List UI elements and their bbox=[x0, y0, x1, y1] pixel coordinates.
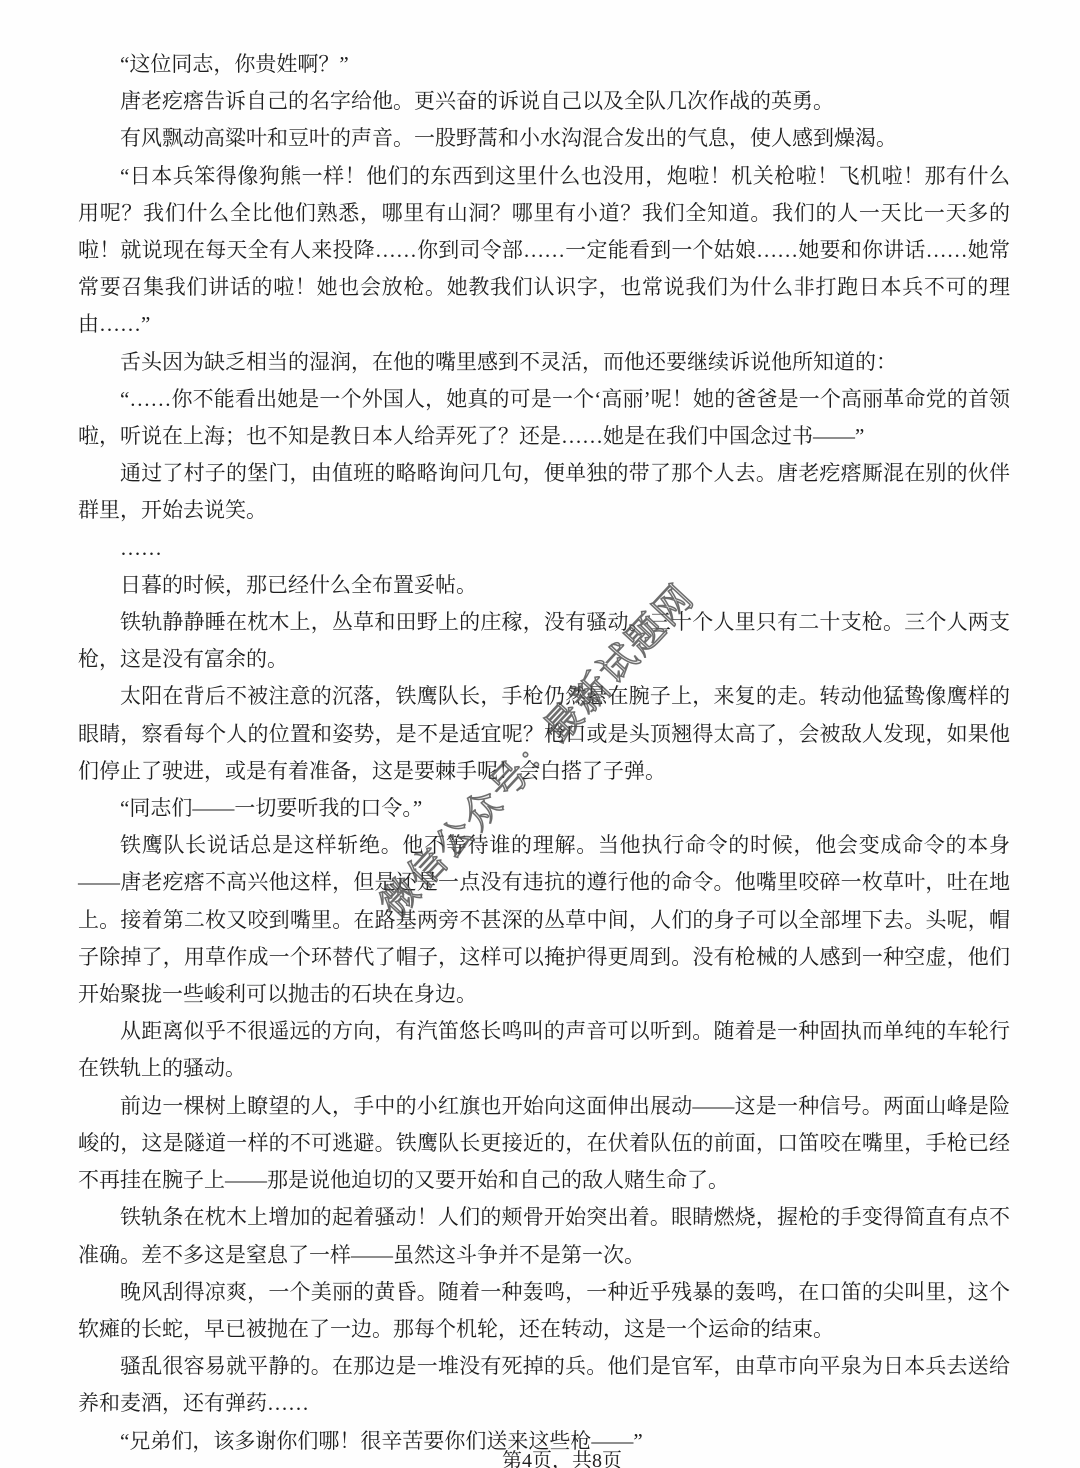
paragraph-16: 铁轨条在枕木上增加的起着骚动！人们的颊骨开始突出着。眼睛燃烧，握枪的手变得简直有… bbox=[78, 1199, 1010, 1273]
page-number-footer: 第4页，共8页 bbox=[502, 1449, 622, 1468]
paragraph-13: 铁鹰队长说话总是这样斩绝。他不等待谁的理解。当他执行命令的时候，他会变成命令的本… bbox=[78, 827, 1010, 1013]
paragraph-5: 舌头因为缺乏相当的湿润，在他的嘴里感到不灵活，而他还要继续诉说他所知道的： bbox=[78, 344, 1010, 381]
paragraph-11: 太阳在背后不被注意的沉落，铁鹰队长，手枪仍然悬在腕子上，来复的走。转动他猛鸷像鹰… bbox=[78, 678, 1010, 790]
paragraph-9: 日暮的时候，那已经什么全布置妥帖。 bbox=[78, 567, 1010, 604]
document-page: “这位同志，你贵姓啊？” 唐老疙瘩告诉自己的名字给他。更兴奋的诉说自己以及全队几… bbox=[0, 0, 1080, 1468]
paragraph-12: “同志们——一切要听我的口令。” bbox=[78, 790, 1010, 827]
paragraph-4: “日本兵笨得像狗熊一样！他们的东西到这里什么也没用，炮啦！机关枪啦！飞机啦！那有… bbox=[78, 158, 1010, 344]
paragraph-10: 铁轨静静睡在枕木上，丛草和田野上的庄稼，没有骚动。三十个人里只有二十支枪。三个人… bbox=[78, 604, 1010, 678]
passage-body: “这位同志，你贵姓啊？” 唐老疙瘩告诉自己的名字给他。更兴奋的诉说自己以及全队几… bbox=[78, 46, 1010, 1460]
paragraph-2: 唐老疙瘩告诉自己的名字给他。更兴奋的诉说自己以及全队几次作战的英勇。 bbox=[78, 83, 1010, 120]
paragraph-14: 从距离似乎不很遥远的方向，有汽笛悠长鸣叫的声音可以听到。随着是一种固执而单纯的车… bbox=[78, 1013, 1010, 1087]
paragraph-3: 有风飘动高粱叶和豆叶的声音。一股野蒿和小水沟混合发出的气息，使人感到燥渴。 bbox=[78, 120, 1010, 157]
paragraph-17: 晚风刮得凉爽，一个美丽的黄昏。随着一种轰鸣，一种近乎残暴的轰鸣，在口笛的尖叫里，… bbox=[78, 1274, 1010, 1348]
paragraph-6: “……你不能看出她是一个外国人，她真的可是一个‘高丽’呢！她的爸爸是一个高丽革命… bbox=[78, 381, 1010, 455]
paragraph-ellipsis: …… bbox=[78, 530, 1010, 567]
paragraph-18: 骚乱很容易就平静的。在那边是一堆没有死掉的兵。他们是官军，由草市向平泉为日本兵去… bbox=[78, 1348, 1010, 1422]
paragraph-1: “这位同志，你贵姓啊？” bbox=[78, 46, 1010, 83]
paragraph-7: 通过了村子的堡门，由值班的略略询问几句，便单独的带了那个人去。唐老疙瘩厮混在别的… bbox=[78, 455, 1010, 529]
paragraph-15: 前边一棵树上瞭望的人，手中的小红旗也开始向这面伸出展动——这是一种信号。两面山峰… bbox=[78, 1088, 1010, 1200]
